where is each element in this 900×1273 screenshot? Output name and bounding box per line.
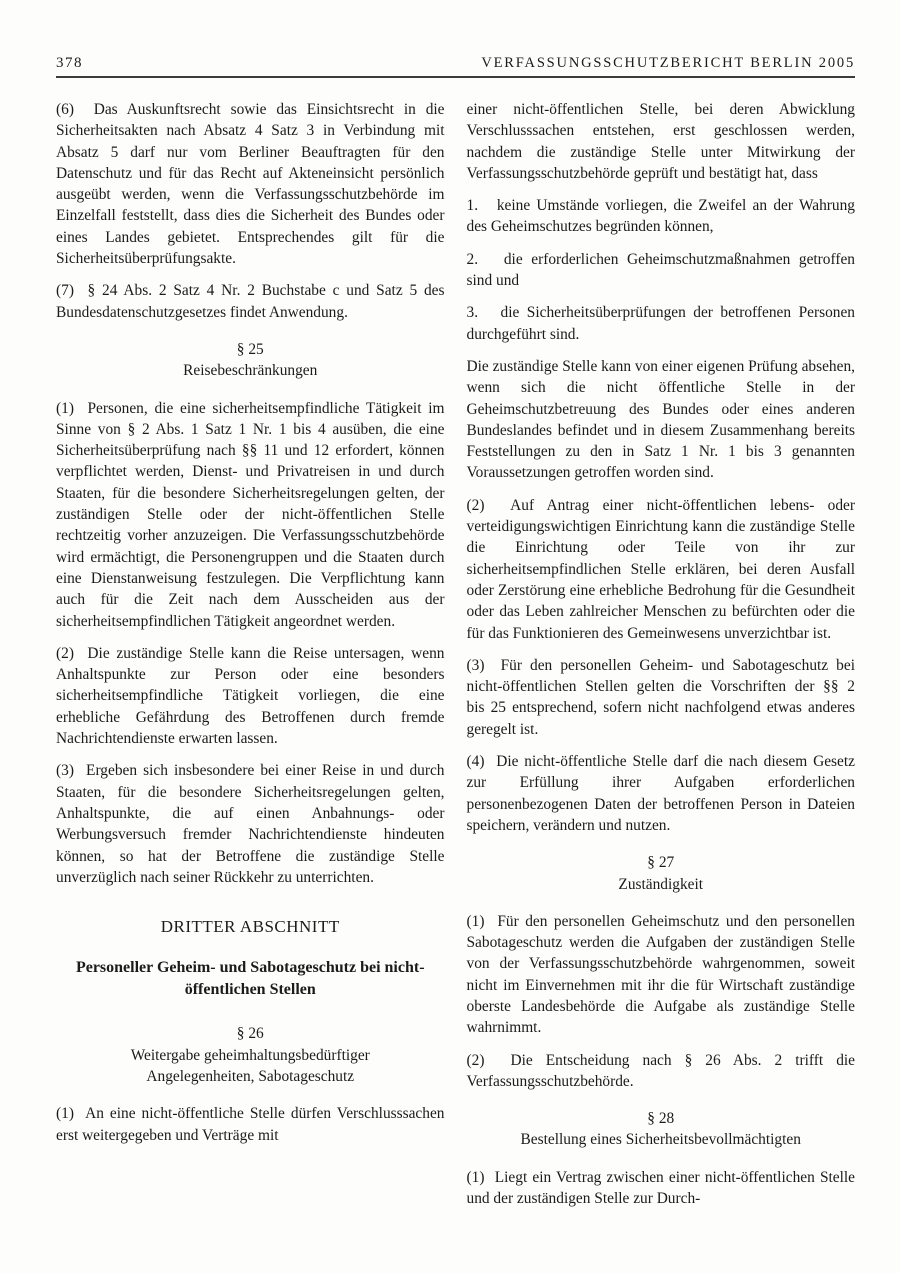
paragraph-24-6: (6) Das Auskunftsrecht sowie das Einsich… (56, 99, 445, 269)
section-title-27: Zuständigkeit (467, 874, 856, 895)
list-item-3: 3. die Sicherheitsüberprüfungen der betr… (467, 302, 856, 345)
paragraph-25-3: (3) Ergeben sich insbesondere bei einer … (56, 760, 445, 888)
paragraph-26-1-start: (1) An eine nicht-öffentliche Stelle dür… (56, 1103, 445, 1146)
running-header: 378 VERFASSUNGSSCHUTZBERICHT BERLIN 2005 (56, 55, 855, 78)
paragraph-26-2: (2) Auf Antrag einer nicht-öffentlichen … (467, 495, 856, 644)
paragraph-26-3: (3) Für den personellen Geheim- und Sabo… (467, 655, 856, 740)
left-column: (6) Das Auskunftsrecht sowie das Einsich… (56, 99, 445, 1209)
section-title-26-line2: Angelegenheiten, Sabotageschutz (56, 1066, 445, 1087)
chapter-heading: DRITTER ABSCHNITT (56, 916, 445, 937)
paragraph-25-2: (2) Die zuständige Stelle kann die Reise… (56, 643, 445, 749)
section-heading-28: § 28 Bestellung eines Sicherheitsbevollm… (467, 1108, 856, 1151)
section-number-26: § 26 (56, 1023, 445, 1044)
section-heading-26: § 26 Weitergabe geheimhaltungsbedürftige… (56, 1023, 445, 1087)
section-number-28: § 28 (467, 1108, 856, 1129)
paragraph-25-1: (1) Personen, die eine sicherheitsempfin… (56, 398, 445, 632)
paragraph-24-7: (7) § 24 Abs. 2 Satz 4 Nr. 2 Buchstabe c… (56, 280, 445, 323)
page-content: 378 VERFASSUNGSSCHUTZBERICHT BERLIN 2005… (0, 0, 900, 1209)
paragraph-27-2: (2) Die Entscheidung nach § 26 Abs. 2 tr… (467, 1050, 856, 1093)
chapter-subtitle: Personeller Geheim- und Sabotageschutz b… (56, 957, 445, 1001)
section-heading-27: § 27 Zuständigkeit (467, 852, 856, 895)
list-item-2: 2. die erforderlichen Geheimschutzmaßnah… (467, 249, 856, 292)
section-title-25: Reisebeschränkungen (56, 360, 445, 381)
section-title-26-line1: Weitergabe geheimhaltungsbedürftiger (56, 1045, 445, 1066)
paragraph-27-1: (1) Für den personellen Geheimschutz und… (467, 911, 856, 1039)
right-column: einer nicht-öffentlichen Stelle, bei der… (467, 99, 856, 1209)
section-number-27: § 27 (467, 852, 856, 873)
paragraph-26-1-pruefung: Die zuständige Stelle kann von einer eig… (467, 356, 856, 484)
document-page: 378 VERFASSUNGSSCHUTZBERICHT BERLIN 2005… (0, 0, 900, 1273)
page-number: 378 (56, 55, 83, 72)
paragraph-26-1-continued: einer nicht-öffentlichen Stelle, bei der… (467, 99, 856, 184)
running-title: VERFASSUNGSSCHUTZBERICHT BERLIN 2005 (481, 55, 855, 72)
section-heading-25: § 25 Reisebeschränkungen (56, 339, 445, 382)
paragraph-26-4: (4) Die nicht-öffentliche Stelle darf di… (467, 751, 856, 836)
section-title-28: Bestellung eines Sicherheitsbevollmächti… (467, 1129, 856, 1150)
two-column-body: (6) Das Auskunftsrecht sowie das Einsich… (56, 99, 855, 1209)
list-item-1: 1. keine Umstände vorliegen, die Zweifel… (467, 195, 856, 238)
paragraph-28-1-start: (1) Liegt ein Vertrag zwischen einer nic… (467, 1167, 856, 1210)
section-number-25: § 25 (56, 339, 445, 360)
